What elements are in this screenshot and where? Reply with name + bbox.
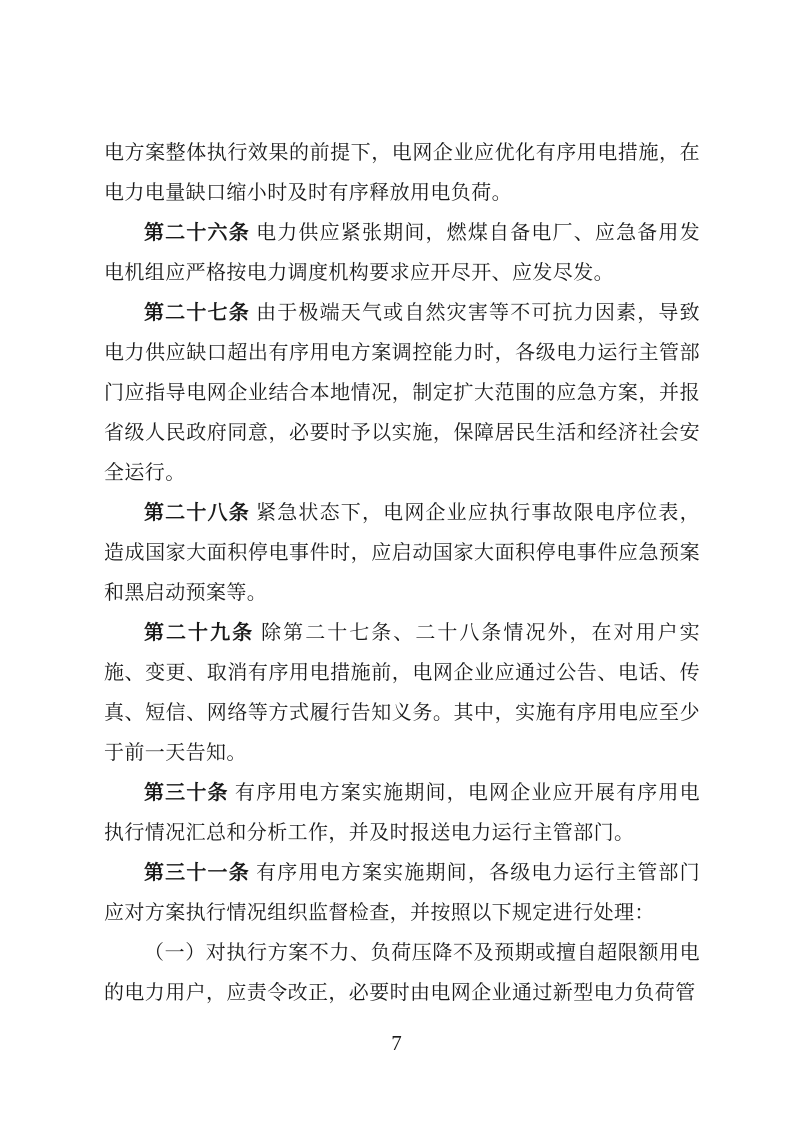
page-number: 7 xyxy=(0,1028,793,1058)
paragraph-text: 由于极端天气或自然灾害等不可抗力因素，导致电力供应缺口超出有序用电方案调控能力时… xyxy=(104,302,700,484)
paragraph: 第二十七条 由于极端天气或自然灾害等不可抗力因素，导致电力供应缺口超出有序用电方… xyxy=(104,293,700,493)
paragraph: 第二十六条 电力供应紧张期间，燃煤自备电厂、应急备用发电机组应严格按电力调度机构… xyxy=(104,213,700,293)
article-number: 第二十九条 xyxy=(144,622,254,644)
article-number: 第二十七条 xyxy=(144,302,250,324)
paragraph: 第三十条 有序用电方案实施期间，电网企业应开展有序用电执行情况汇总和分析工作，并… xyxy=(104,773,700,853)
paragraph-text: （一）对执行方案不力、负荷压降不及预期或擅自超限额用电的电力用户，应责令改正，必… xyxy=(104,942,700,1004)
paragraph: 第二十八条 紧急状态下，电网企业应执行事故限电序位表，造成国家大面积停电事件时，… xyxy=(104,493,700,613)
article-number: 第三十条 xyxy=(144,782,229,804)
document-body: 电方案整体执行效果的前提下，电网企业应优化有序用电措施，在电力电量缺口缩小时及时… xyxy=(104,133,700,1013)
paragraph: 电方案整体执行效果的前提下，电网企业应优化有序用电措施，在电力电量缺口缩小时及时… xyxy=(104,133,700,213)
paragraph-text: 电方案整体执行效果的前提下，电网企业应优化有序用电措施，在电力电量缺口缩小时及时… xyxy=(104,142,700,204)
article-number: 第三十一条 xyxy=(144,862,250,884)
paragraph: 第三十一条 有序用电方案实施期间，各级电力运行主管部门应对方案执行情况组织监督检… xyxy=(104,853,700,933)
document-page: 电方案整体执行效果的前提下，电网企业应优化有序用电措施，在电力电量缺口缩小时及时… xyxy=(0,0,793,1128)
paragraph: 第二十九条 除第二十七条、二十八条情况外，在对用户实施、变更、取消有序用电措施前… xyxy=(104,613,700,773)
article-number: 第二十八条 xyxy=(144,502,250,524)
article-number: 第二十六条 xyxy=(144,222,250,244)
paragraph: （一）对执行方案不力、负荷压降不及预期或擅自超限额用电的电力用户，应责令改正，必… xyxy=(104,933,700,1013)
